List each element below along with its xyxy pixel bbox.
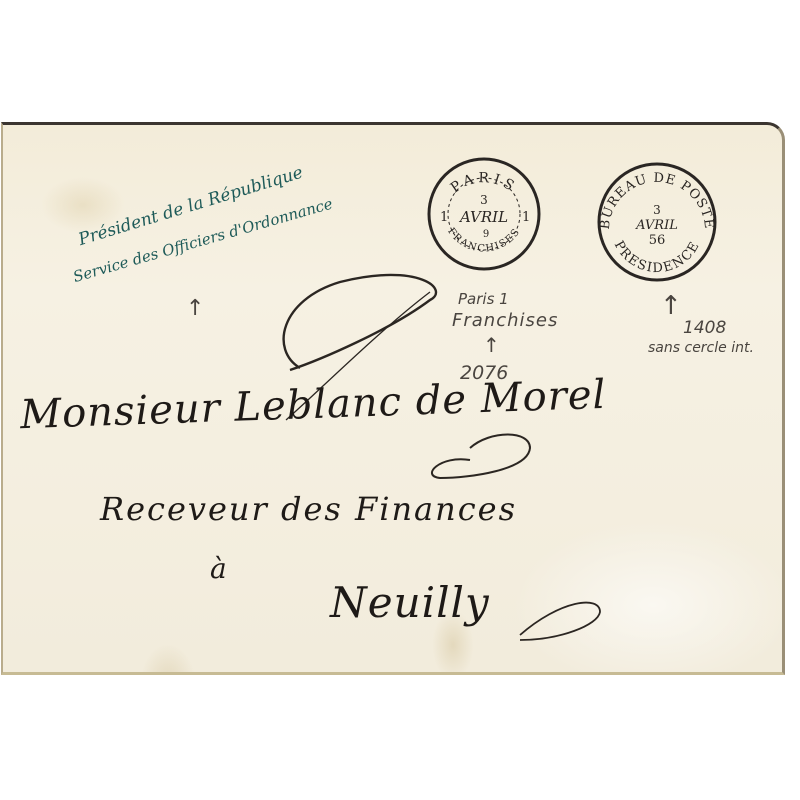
paris-note-line1: Paris 1 [458, 290, 509, 308]
bureau-note: sans cercle int. [648, 340, 754, 356]
paris-year: 9 [483, 229, 489, 240]
postmark-paris-franchises: PARIS FRANCHISES 1 1 3 AVRIL 9 [425, 155, 543, 273]
bureau-day: 3 [653, 203, 661, 217]
bureau-catalog-number: 1408 [683, 318, 726, 338]
paris-left-num: 1 [440, 210, 448, 225]
postmark-bureau-presidence: BUREAU DE POSTE PRESIDENCE 3 AVRIL 56 [595, 160, 719, 284]
address-line-title: Receveur des Finances [100, 490, 517, 528]
paris-month: AVRIL [458, 208, 508, 226]
address-line-preposition: à [210, 552, 227, 585]
bureau-month: AVRIL [635, 218, 678, 233]
paris-right-num: 1 [522, 210, 530, 225]
arrow-up-icon: ↑ [483, 335, 500, 355]
paris-day: 3 [480, 193, 488, 207]
arrow-up-icon: ↑ [186, 298, 204, 320]
address-line-town: Neuilly [330, 578, 490, 627]
arrow-up-icon: ↑ [660, 293, 682, 319]
bureau-year: 56 [649, 233, 666, 248]
paris-note-line2: Franchises [452, 310, 558, 331]
